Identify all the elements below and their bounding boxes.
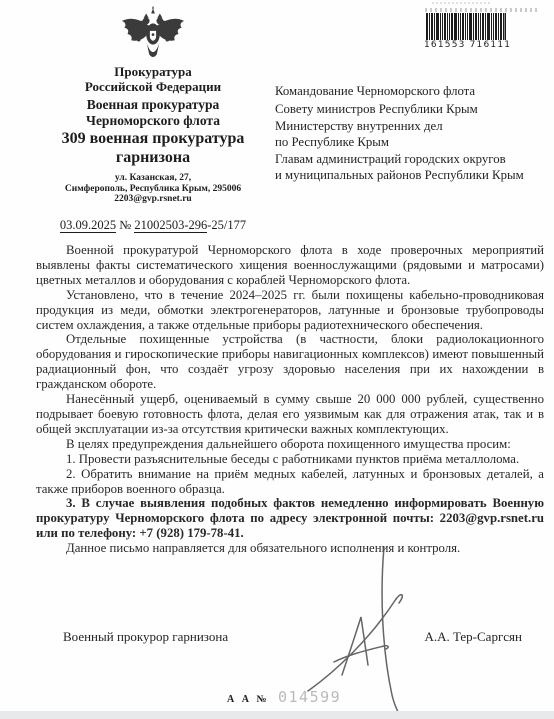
reference-number: 21002503-296 — [134, 218, 207, 233]
recipient-line: и муниципальных районов Республики Крым — [275, 168, 547, 184]
recipient-line: Министерству внутренних дел — [275, 119, 547, 135]
letter-date: 03.09.2025 — [60, 218, 116, 233]
letter-body: Военной прокуратурой Черноморского флота… — [36, 243, 544, 556]
stamp-number: 014599 — [278, 688, 341, 706]
org-line: Черноморского флота — [28, 113, 278, 129]
org-unit-line: гарнизона — [28, 149, 278, 168]
signer-name: А.А. Тер-Саргсян — [424, 629, 544, 645]
paragraph: Нанесённый ущерб, оцениваемый в сумму св… — [36, 392, 544, 437]
form-serial-stamp: А А № 014599 — [227, 688, 341, 706]
coat-of-arms-eagle-icon — [115, 6, 191, 62]
paragraph: Военной прокуратурой Черноморского флота… — [36, 243, 544, 288]
list-item-3-bold: 3. В случае выявления подобных фактов не… — [36, 496, 544, 541]
date-and-reference-number: 03.09.2025 № 21002503-296-25/177 — [28, 218, 278, 233]
org-line: Российской Федерации — [28, 79, 278, 94]
list-item-1: 1. Провести разъяснительные беседы с раб… — [36, 452, 544, 467]
paragraph: В целях предупреждения дальнейшего оборо… — [36, 437, 544, 452]
paragraph: Установлено, что в течение 2024–2025 гг.… — [36, 288, 544, 333]
letterhead-address-line: ул. Казанская, 27, — [28, 173, 278, 184]
letterhead: Прокуратура Российской Федерации Военная… — [28, 6, 278, 233]
list-item-2: 2. Обратить внимание на приём медных каб… — [36, 467, 544, 497]
recipient: Совету министров Республики Крым — [275, 102, 547, 118]
recipient: Командование Черноморского флота — [275, 84, 547, 100]
letterhead-email: 2203@gvp.rsnet.ru — [28, 194, 278, 205]
barcode-sticker: 161553 716111 — [424, 13, 508, 50]
recipient-line: Главам администраций городских округов — [275, 152, 547, 168]
recipient-line: по Республике Крым — [275, 135, 547, 151]
org-unit-line: 309 военная прокуратура — [28, 130, 278, 149]
scan-artifact-strip — [425, 8, 537, 12]
signer-position: Военный прокурор гарнизона — [36, 629, 228, 645]
scanned-letter-page: 161553 716111 Прокуратура Российской Фед… — [0, 0, 554, 719]
recipient: Главам администраций городских округов и… — [275, 152, 547, 183]
letterhead-address-line: Симферополь, Республика Крым, 295006 — [28, 184, 278, 195]
barcode-icon — [426, 13, 506, 40]
paragraph: Отдельные похищенные устройства (в частн… — [36, 332, 544, 392]
recipient-line: Совету министров Республики Крым — [275, 102, 547, 118]
barcode-number: 161553 716111 — [424, 40, 508, 50]
stamp-series: А А № — [227, 694, 269, 705]
reference-number-suffix: -25/177 — [207, 218, 246, 232]
org-line: Прокуратура — [28, 64, 278, 79]
signoff-row: Военный прокурор гарнизона А.А. Тер-Сарг… — [36, 629, 544, 645]
recipients-block: Командование Черноморского флота Совету … — [275, 84, 547, 186]
closing-paragraph: Данное письмо направляется для обязатель… — [36, 541, 544, 556]
scan-artifact-strip — [432, 2, 490, 4]
number-sign: № — [119, 218, 131, 232]
recipient: Министерству внутренних дел по Республик… — [275, 119, 547, 150]
recipient-line: Командование Черноморского флота — [275, 84, 547, 100]
scan-edge-band — [0, 711, 554, 719]
org-line: Военная прокуратура — [28, 97, 278, 113]
